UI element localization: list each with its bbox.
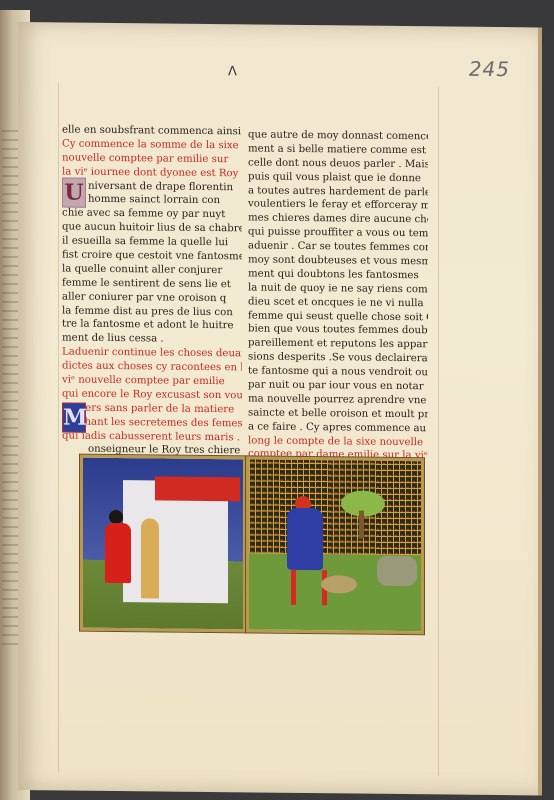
ruling-line xyxy=(58,82,59,772)
text-line: aller coniurer par vne oroison q xyxy=(62,290,242,306)
left-text-column: elle en soubsfrant commenca ainsi dire C… xyxy=(62,123,242,472)
miniature-right-scene xyxy=(246,456,424,634)
rubric-line: lentiers sans parler de la matiere xyxy=(62,401,242,417)
text-line: saincte et belle oroison et moult prouff… xyxy=(248,406,428,422)
decorated-initial-u: U xyxy=(62,177,86,207)
miniature-left-scene xyxy=(80,455,246,633)
tree-trunk xyxy=(359,511,364,539)
manuscript-page: Λ 245 elle en soubsfrant commenca ainsi … xyxy=(18,22,542,795)
bowl xyxy=(321,575,357,593)
text-line: celle dont nous deuos parler . Mais xyxy=(248,156,428,172)
rubric-line: touchant les secretemes des femes xyxy=(62,415,242,431)
text-line: a ce faire . Cy apres commence au xyxy=(248,420,428,436)
folio-number: 245 xyxy=(469,57,510,81)
text-line: la nuit de quoy ie ne say riens come xyxy=(248,281,428,297)
red-roof xyxy=(155,476,240,501)
right-text-column: que autre de moy donnast comence ment a … xyxy=(248,128,428,477)
quire-mark: Λ xyxy=(228,64,237,79)
text-line: femme le sentirent de sens lie et xyxy=(62,276,242,292)
rubric-line: la viᵉ iournee dont dyonee est Roy xyxy=(62,165,242,181)
wooden-door xyxy=(141,518,159,598)
clay-pots xyxy=(377,556,417,586)
figure-head xyxy=(109,510,123,524)
decorated-initial-m: M xyxy=(62,402,86,432)
garden-trellis xyxy=(249,459,421,554)
figure-red-tunic xyxy=(105,523,131,583)
figure-blue-robe xyxy=(287,508,323,570)
ruling-line xyxy=(438,86,439,776)
text-line: dieu scet et oncques ie ne vi nulla xyxy=(248,295,428,311)
rubric-line: nouvelle comptee par emilie sur xyxy=(62,151,242,167)
text-line: puis quil vous plaist que ie donne xyxy=(248,170,428,186)
